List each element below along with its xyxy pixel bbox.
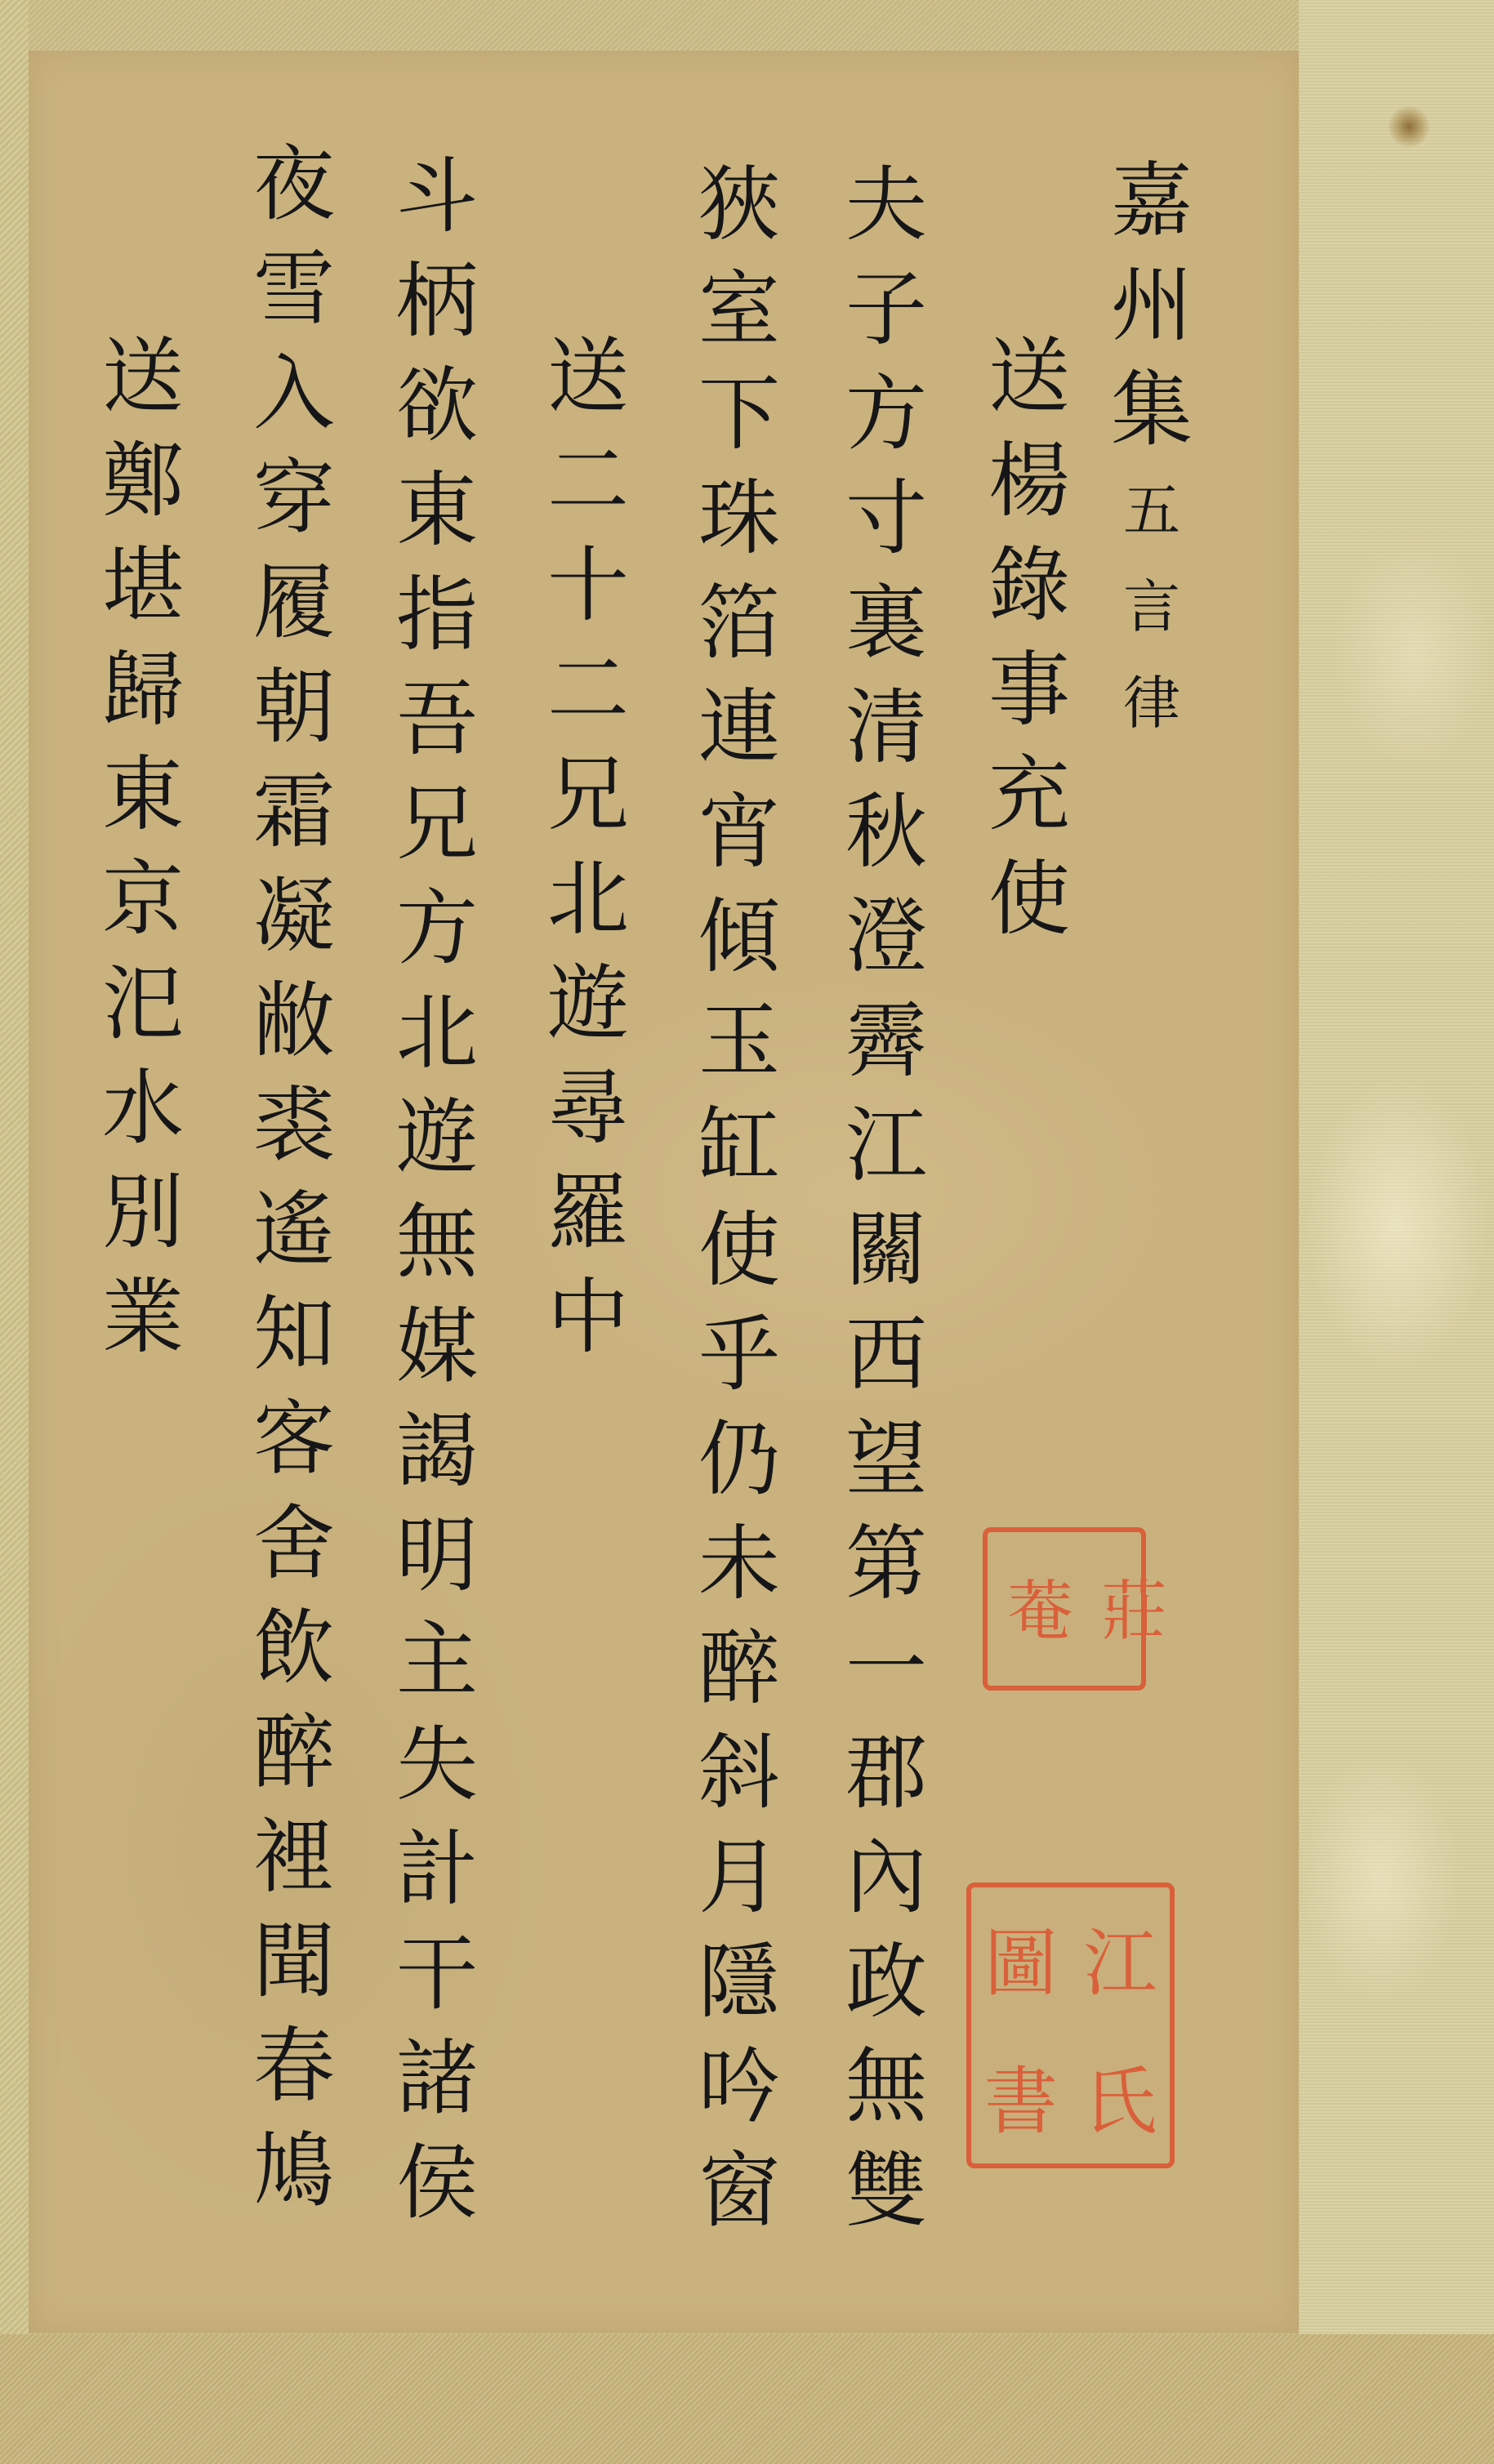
calligraphy-character: 關 [833, 1198, 939, 1303]
calligraphy-character: 斗 [384, 145, 490, 249]
calligraphy-character: 玉 [686, 989, 792, 1094]
calligraphy-character: 雙 [833, 2139, 939, 2243]
column-poem-body-2b: 夜雪入穿履朝霜凝敝裘遙知客舍飲醉裡聞春鳩 [233, 132, 355, 2223]
calligraphy-character: 嘉 [1099, 149, 1205, 253]
calligraphy-character: 侯 [384, 2131, 490, 2235]
calligraphy-character: 北 [535, 847, 641, 951]
column-poem-body-1b: 狹室下珠箔連宵傾玉缸使乎仍未醉斜月隱吟窗 [678, 153, 801, 2243]
calligraphy-character: 無 [384, 1190, 490, 1294]
calligraphy-character: 郡 [833, 1721, 939, 1825]
calligraphy-character: 朝 [241, 655, 347, 760]
seal-1-char: 莊 [1081, 1532, 1175, 1686]
calligraphy-character: 知 [241, 1282, 347, 1387]
seal-2-char: 氏 [1071, 2025, 1171, 2163]
calligraphy-character: 謁 [384, 1399, 490, 1504]
calligraphy-character: 西 [833, 1303, 939, 1407]
calligraphy-character: 月 [686, 1825, 792, 1930]
calligraphy-character: 兄 [384, 772, 490, 876]
calligraphy-character: 裘 [241, 1073, 347, 1178]
calligraphy-character: 政 [833, 1930, 939, 2034]
calligraphy-character: 水 [90, 1056, 196, 1161]
calligraphy-character: 業 [90, 1265, 196, 1370]
calligraphy-character: 東 [384, 458, 490, 563]
calligraphy-character: 媒 [384, 1294, 490, 1399]
calligraphy-character: 事 [976, 638, 1082, 742]
calligraphy-character: 缸 [686, 1094, 792, 1198]
column-book-title: 嘉州集五言律 [1090, 149, 1213, 751]
calligraphy-character: 二 [535, 429, 641, 533]
calligraphy-character: 寸 [833, 466, 939, 571]
calligraphy-character: 京 [90, 847, 196, 951]
calligraphy-character: 乎 [686, 1303, 792, 1407]
calligraphy-character: 欲 [384, 354, 490, 458]
calligraphy-character: 室 [686, 257, 792, 362]
calligraphy-character: 隱 [686, 1930, 792, 2034]
calligraphy-character: 鳩 [241, 2119, 347, 2223]
calligraphy-character: 無 [833, 2034, 939, 2139]
mounting-left-edge [0, 0, 29, 2464]
calligraphy-character: 使 [976, 847, 1082, 951]
mounting-right-band [1299, 0, 1494, 2464]
calligraphy-character: 尋 [535, 1056, 641, 1161]
column-poem-title-3: 送鄭堪歸東京汜水別業 [82, 324, 204, 1370]
calligraphy-character: 宵 [686, 780, 792, 884]
calligraphy-character: 夫 [833, 153, 939, 257]
calligraphy-character: 穿 [241, 446, 347, 550]
calligraphy-character: 裡 [241, 1805, 347, 1909]
calligraphy-character: 吟 [686, 2034, 792, 2139]
seal-2-char: 圖 [971, 1887, 1071, 2025]
calligraphy-character: 聞 [241, 1909, 347, 2014]
calligraphy-character: 東 [90, 742, 196, 847]
calligraphy-character: 醉 [686, 1616, 792, 1721]
column-poem-title-1: 送楊錄事充使 [968, 324, 1090, 951]
calligraphy-character: 送 [976, 324, 1082, 429]
calligraphy-character: 凝 [241, 864, 347, 969]
calligraphy-character: 箔 [686, 571, 792, 675]
calligraphy-character: 醉 [241, 1700, 347, 1805]
column-poem-body-2a: 斗柄欲東指吾兄方北遊無媒謁明主失計干諸侯 [376, 145, 498, 2235]
calligraphy-character: 敝 [241, 969, 347, 1073]
calligraphy-character: 清 [833, 675, 939, 780]
calligraphy-character: 狹 [686, 153, 792, 257]
calligraphy-character: 雪 [241, 237, 347, 341]
calligraphy-character: 窗 [686, 2139, 792, 2243]
mounting-bottom-band [0, 2334, 1494, 2464]
calligraphy-character: 珠 [686, 466, 792, 571]
column-poem-body-1a: 夫子方寸裏清秋澄霽江關西望第一郡內政無雙 [825, 153, 948, 2243]
calligraphy-character: 集 [1099, 358, 1205, 462]
calligraphy-character: 春 [241, 2014, 347, 2119]
calligraphy-character: 仍 [686, 1407, 792, 1512]
calligraphy-character: 鄭 [90, 429, 196, 533]
calligraphy-character: 柄 [384, 249, 490, 354]
calligraphy-character: 干 [384, 1922, 490, 2026]
seal-2-char: 江 [1071, 1887, 1171, 2025]
calligraphy-character: 遊 [535, 951, 641, 1056]
calligraphy-character-small: 五 [1099, 462, 1205, 559]
calligraphy-character: 裏 [833, 571, 939, 675]
calligraphy-character: 送 [90, 324, 196, 429]
calligraphy-character: 江 [833, 1094, 939, 1198]
calligraphy-character: 兄 [535, 742, 641, 847]
calligraphy-character: 夜 [241, 132, 347, 237]
calligraphy-character-small: 律 [1099, 655, 1205, 751]
calligraphy-paper: 嘉州集五言律 送楊錄事充使 夫子方寸裏清秋澄霽江關西望第一郡內政無雙 狹室下珠箔… [29, 51, 1299, 2333]
calligraphy-character: 二 [535, 638, 641, 742]
calligraphy-character: 歸 [90, 638, 196, 742]
calligraphy-character: 主 [384, 1608, 490, 1713]
calligraphy-character: 秋 [833, 780, 939, 884]
seal-2-char: 書 [971, 2025, 1071, 2163]
collector-seal-1: 菴 莊 [983, 1527, 1146, 1691]
calligraphy-character: 斜 [686, 1721, 792, 1825]
calligraphy-character: 送 [535, 324, 641, 429]
calligraphy-character: 諸 [384, 2026, 490, 2131]
calligraphy-character: 充 [976, 742, 1082, 847]
calligraphy-character: 遊 [384, 1085, 490, 1190]
calligraphy-character: 舍 [241, 1491, 347, 1596]
calligraphy-character: 方 [833, 362, 939, 466]
calligraphy-character: 使 [686, 1198, 792, 1303]
calligraphy-character: 入 [241, 341, 347, 446]
calligraphy-character: 霜 [241, 760, 347, 864]
calligraphy-character: 連 [686, 675, 792, 780]
calligraphy-character: 吾 [384, 667, 490, 772]
calligraphy-character: 中 [535, 1265, 641, 1370]
calligraphy-character: 州 [1099, 253, 1205, 358]
seal-1-char: 菴 [988, 1532, 1081, 1686]
calligraphy-character: 霽 [833, 989, 939, 1094]
calligraphy-character: 傾 [686, 884, 792, 989]
calligraphy-character: 下 [686, 362, 792, 466]
calligraphy-character: 履 [241, 550, 347, 655]
calligraphy-character: 計 [384, 1817, 490, 1922]
calligraphy-character: 一 [833, 1616, 939, 1721]
calligraphy-character: 明 [384, 1504, 490, 1608]
calligraphy-character: 遙 [241, 1178, 347, 1282]
calligraphy-character: 失 [384, 1713, 490, 1817]
calligraphy-character: 望 [833, 1407, 939, 1512]
calligraphy-character: 楊 [976, 429, 1082, 533]
calligraphy-character: 未 [686, 1512, 792, 1616]
calligraphy-character: 飲 [241, 1596, 347, 1700]
calligraphy-character: 十 [535, 533, 641, 638]
column-poem-title-2: 送二十二兄北遊尋羅中 [527, 324, 649, 1370]
calligraphy-character: 子 [833, 257, 939, 362]
calligraphy-character: 羅 [535, 1161, 641, 1265]
calligraphy-character: 別 [90, 1161, 196, 1265]
calligraphy-character: 堪 [90, 533, 196, 638]
calligraphy-character: 北 [384, 981, 490, 1085]
calligraphy-character: 第 [833, 1512, 939, 1616]
calligraphy-character: 內 [833, 1825, 939, 1930]
calligraphy-character: 方 [384, 876, 490, 981]
foxing-stain [1389, 106, 1429, 147]
calligraphy-character: 錄 [976, 533, 1082, 638]
calligraphy-character: 汜 [90, 951, 196, 1056]
calligraphy-character: 客 [241, 1387, 347, 1491]
calligraphy-character: 澄 [833, 884, 939, 989]
collector-seal-2: 圖 書 江 氏 [966, 1883, 1175, 2168]
calligraphy-character: 指 [384, 563, 490, 667]
calligraphy-character-small: 言 [1099, 559, 1205, 655]
